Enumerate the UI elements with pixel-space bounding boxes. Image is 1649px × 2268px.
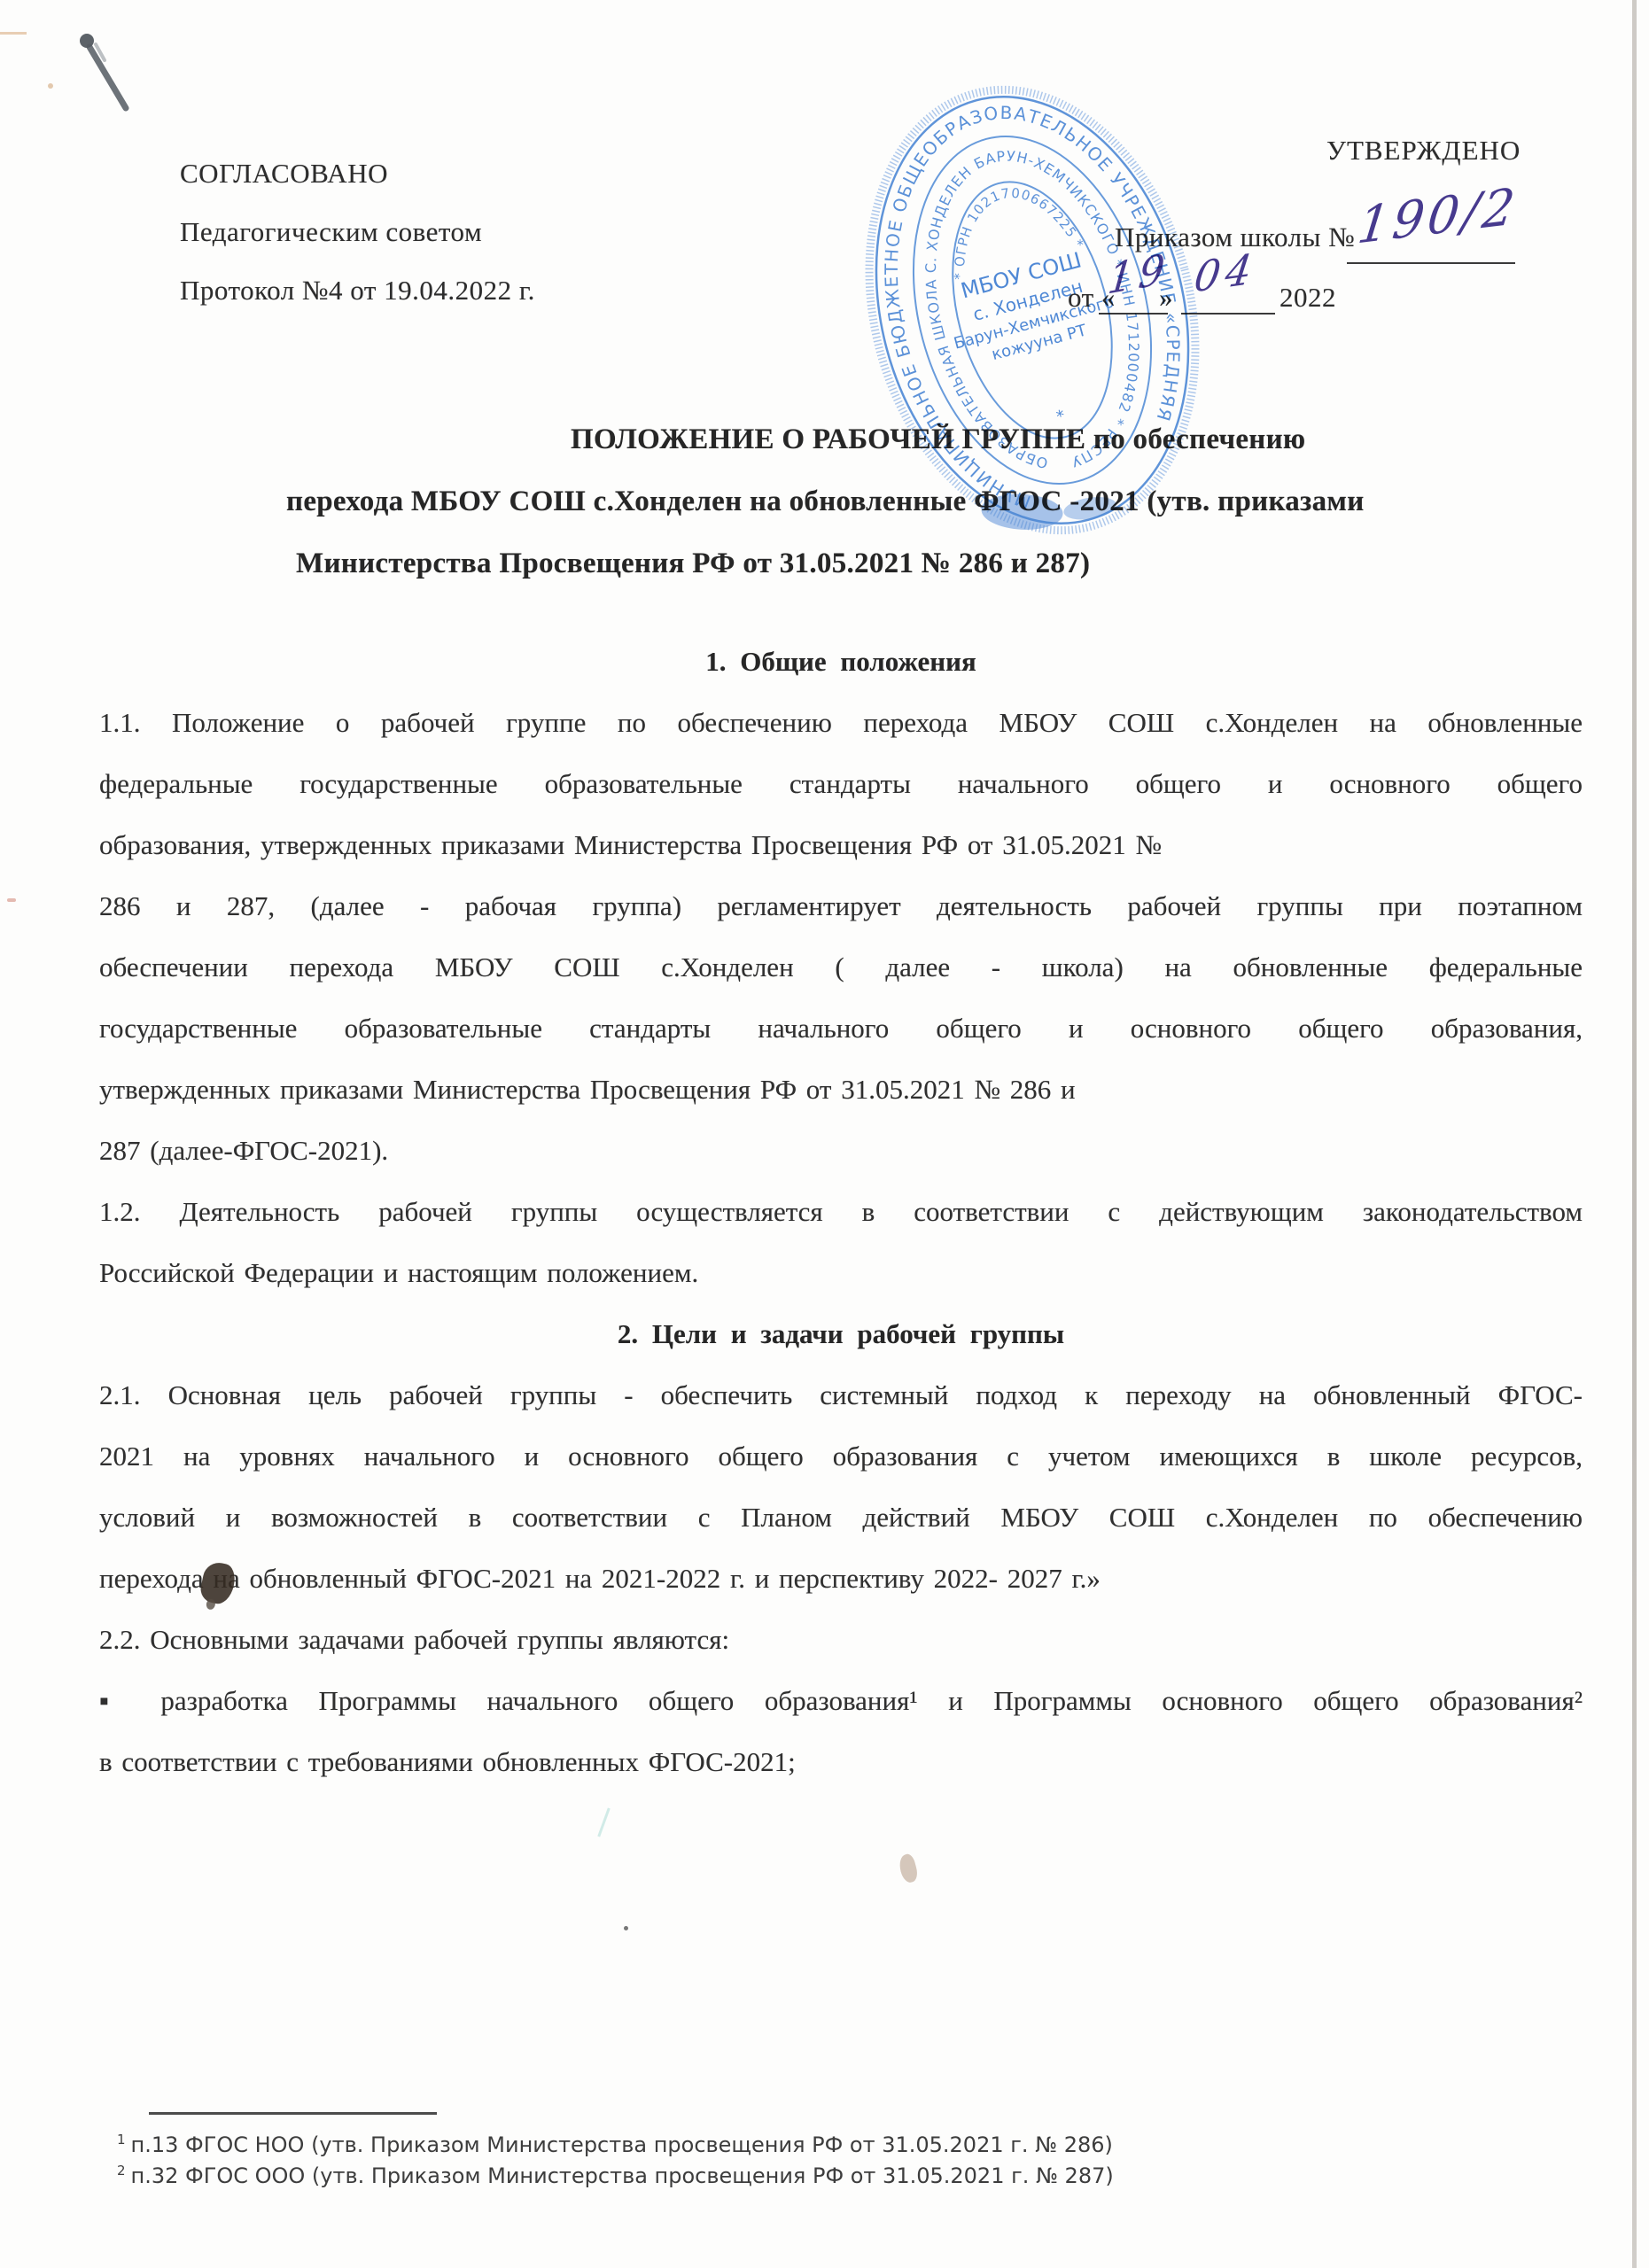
agreed-by: Педагогическим советом	[180, 216, 482, 248]
body-text: 1. Общие положения1.1. Положение о рабоч…	[99, 631, 1583, 1792]
footnote-marker: 2	[117, 2163, 126, 2179]
body-line: перехода на обновленный ФГОС-2021 на 202…	[99, 1548, 1583, 1609]
body-line: образования, утвержденных приказами Мини…	[99, 814, 1583, 875]
pen-mark	[69, 25, 167, 131]
body-line: 2021 на уровнях начального и основного о…	[99, 1425, 1583, 1487]
footnote-line: 2п.32 ФГОС ООО (утв. Приказом Министерст…	[117, 2158, 1114, 2189]
agreed-protocol: Протокол №4 от 19.04.2022 г.	[180, 275, 535, 307]
school-stamp: МУНИЦИПАЛЬНОЕ БЮДЖЕТНОЕ ОБЩЕОБРАЗОВАТЕЛЬ…	[828, 49, 1236, 580]
body-line: федеральные государственные образователь…	[99, 753, 1583, 814]
order-number-underline	[1347, 261, 1515, 264]
scratch	[597, 1808, 610, 1837]
body-line: в соответствии с требованиями обновленны…	[99, 1731, 1583, 1792]
stamp-group: МУНИЦИПАЛЬНОЕ БЮДЖЕТНОЕ ОБЩЕОБРАЗОВАТЕЛЬ…	[828, 49, 1236, 580]
scanned-document-page: СОГЛАСОВАНО Педагогическим советом Прото…	[0, 0, 1649, 2268]
body-line: 2.2. Основными задачами рабочей группы я…	[99, 1609, 1583, 1670]
section-heading: 1. Общие положения	[99, 631, 1583, 692]
body-line: условий и возможностей в соответствии с …	[99, 1487, 1583, 1548]
speck	[48, 83, 53, 89]
approved-label: УТВЕРЖДЕНО	[1326, 135, 1521, 167]
smudge	[897, 1852, 920, 1884]
stamp-star: *	[1054, 407, 1067, 427]
footnote-text: п.13 ФГОС НОО (утв. Приказом Министерств…	[131, 2132, 1113, 2157]
footnote-text: п.32 ФГОС ООО (утв. Приказом Министерств…	[131, 2163, 1114, 2188]
footnote-line: 1п.13 ФГОС НОО (утв. Приказом Министерст…	[117, 2127, 1114, 2158]
body-line: ▪ разработка Программы начального общего…	[99, 1670, 1583, 1731]
footnote-separator	[149, 2112, 437, 2115]
stamp-ink-smudge	[981, 492, 1064, 532]
stamp-ink-smudge-2	[1062, 493, 1118, 523]
footnote-marker: 1	[117, 2132, 126, 2148]
agreed-label: СОГЛАСОВАНО	[180, 158, 388, 190]
body-line: 287 (далее-ФГОС-2021).	[99, 1120, 1583, 1181]
body-line: Российской Федерации и настоящим положен…	[99, 1242, 1583, 1303]
body-line: 1.2. Деятельность рабочей группы осущест…	[99, 1181, 1583, 1242]
corner-artifact	[0, 32, 27, 35]
section-heading: 2. Цели и задачи рабочей группы	[99, 1303, 1583, 1364]
footnotes: 1п.13 ФГОС НОО (утв. Приказом Министерст…	[117, 2127, 1114, 2189]
body-line: утвержденных приказами Министерства Прос…	[99, 1059, 1583, 1120]
body-line: государственные образовательные стандарт…	[99, 998, 1583, 1059]
speck	[624, 1926, 628, 1930]
body-line: 286 и 287, (далее - рабочая группа) регл…	[99, 875, 1583, 936]
body-line: 1.1. Положение о рабочей группе по обесп…	[99, 692, 1583, 753]
body-line: 2.1. Основная цель рабочей группы - обес…	[99, 1364, 1583, 1425]
scan-edge-shadow	[1632, 0, 1637, 2268]
speck	[7, 898, 16, 902]
date-year: 2022	[1280, 282, 1336, 314]
order-number-handwritten: 190/2	[1355, 177, 1521, 256]
body-line: обеспечении перехода МБОУ СОШ с.Хонделен…	[99, 936, 1583, 998]
